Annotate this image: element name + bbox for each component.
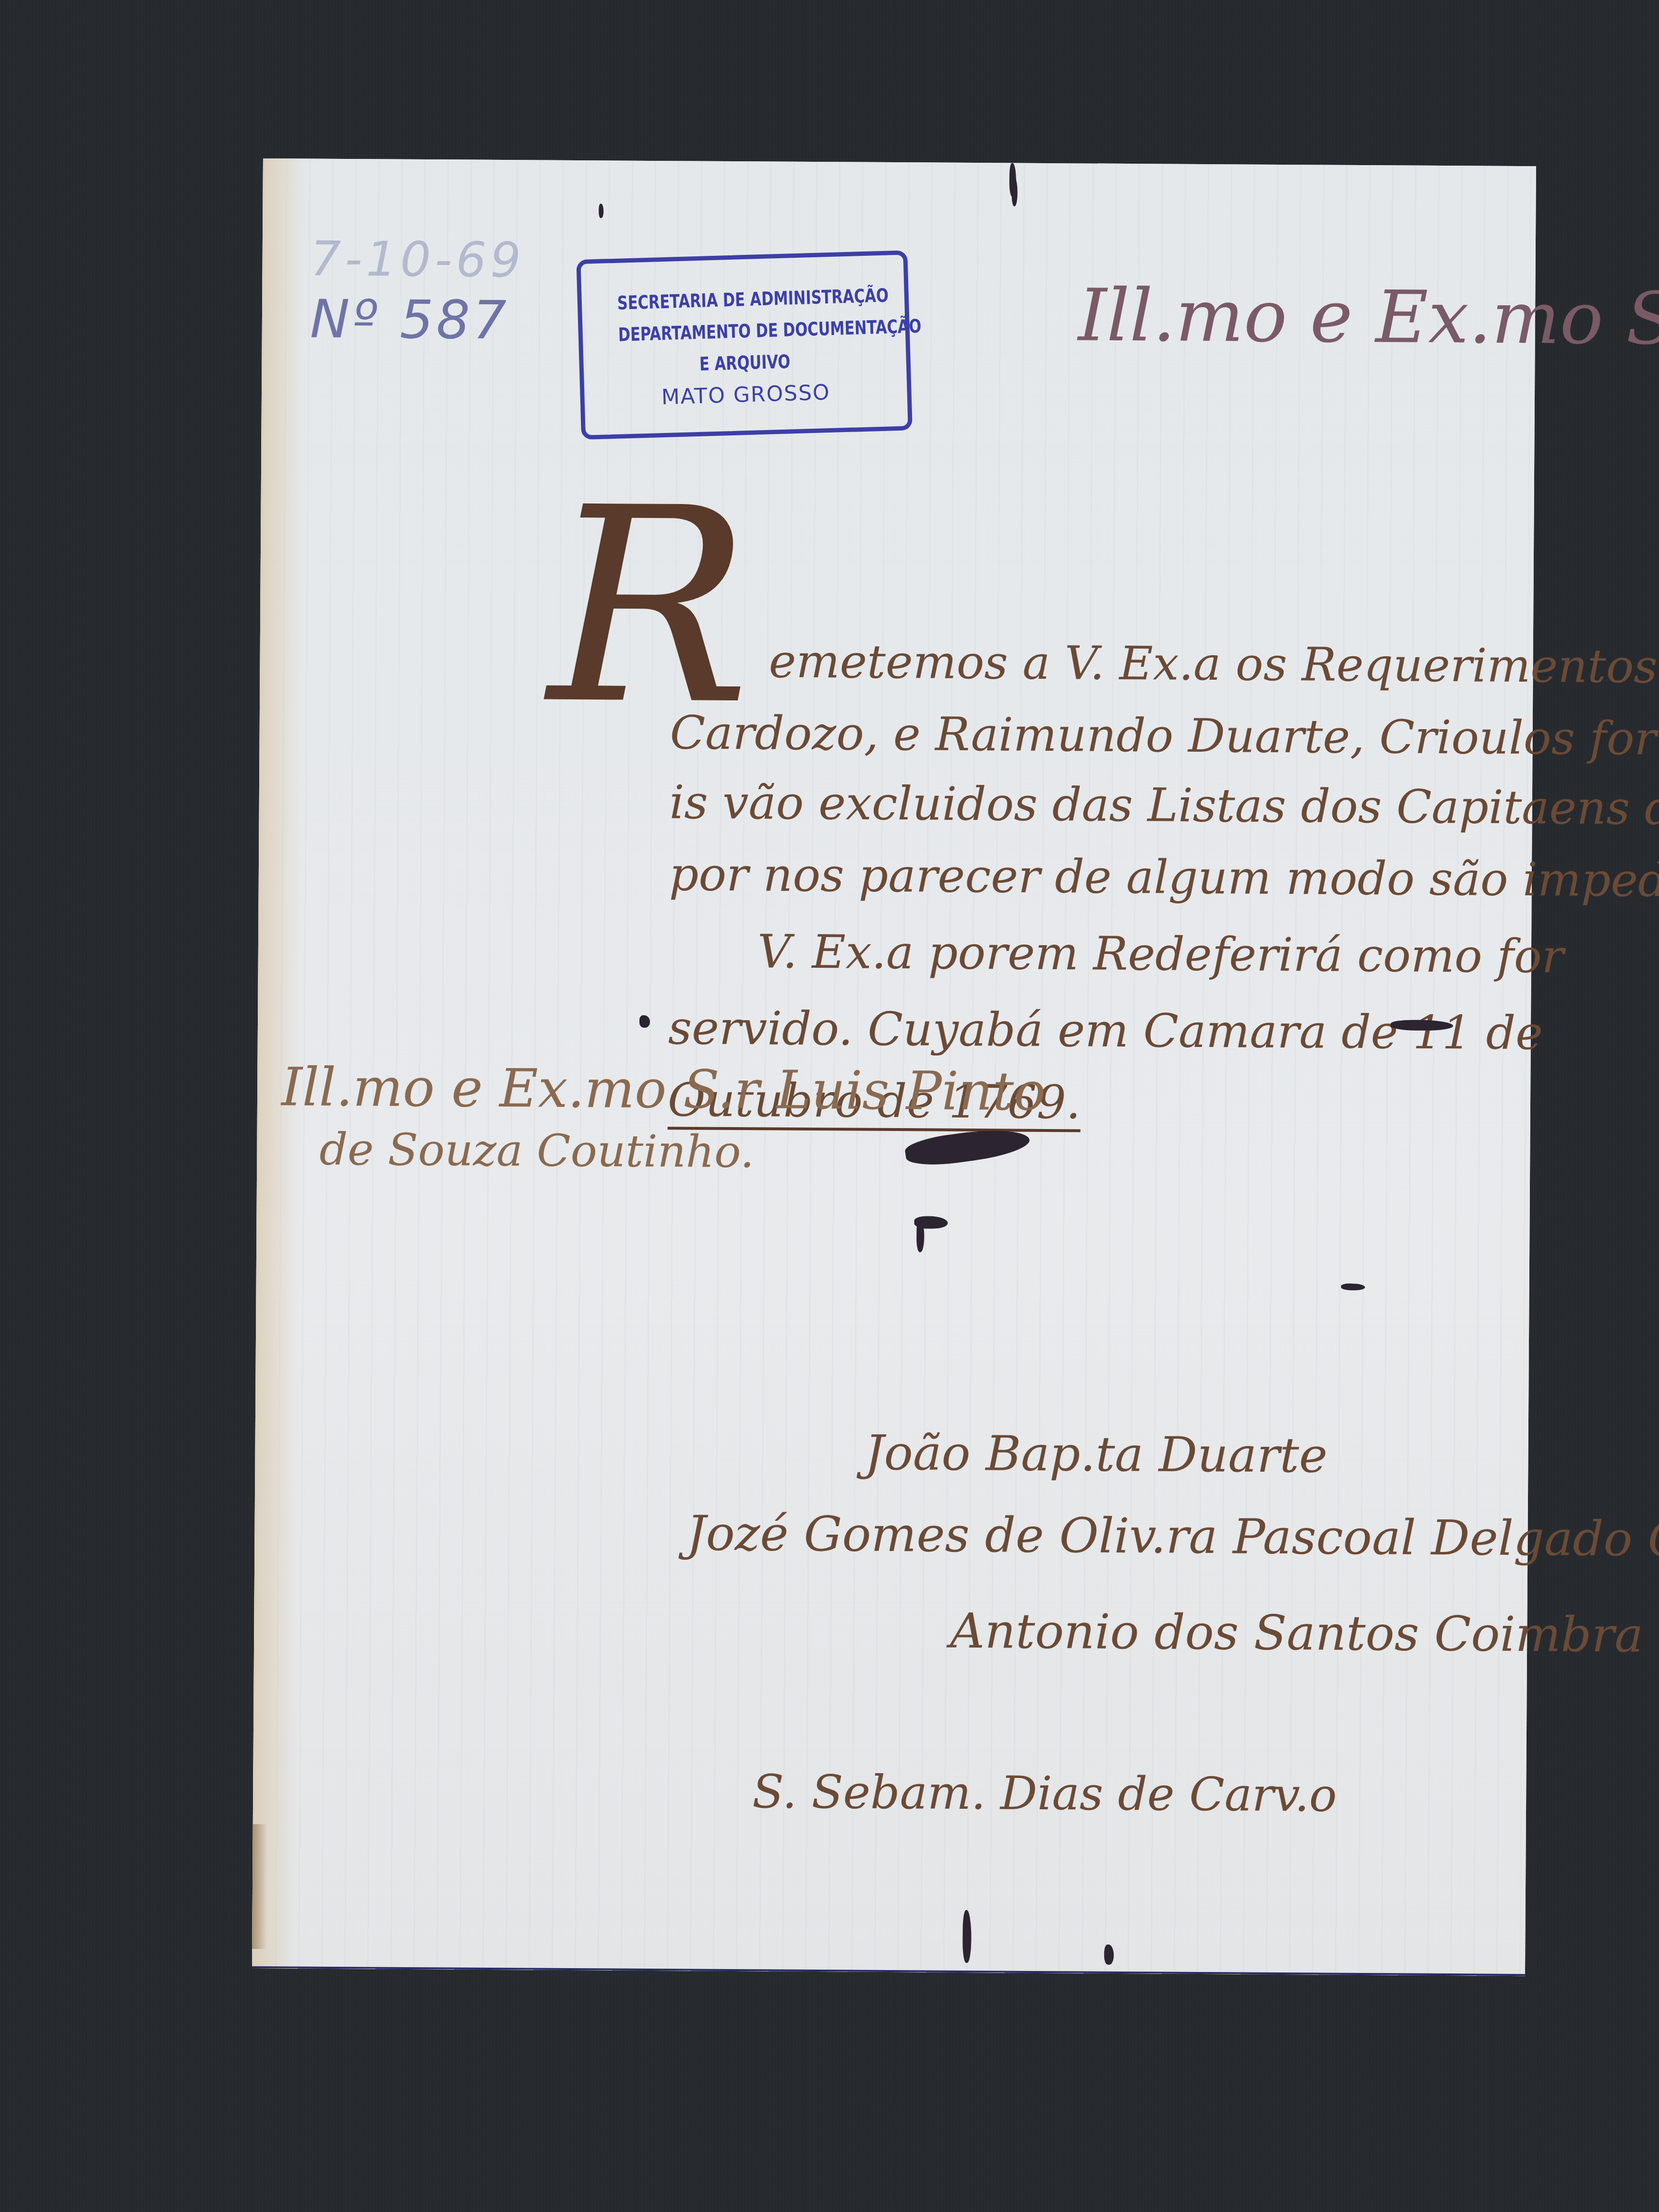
ink-blot: [1011, 178, 1017, 206]
ink-blot: [962, 1910, 972, 1963]
ink-blot: [1391, 1020, 1453, 1031]
salutation: Ill.mo e Ex.mo S.or: [1078, 274, 1659, 361]
archive-stamp: SECRETARIA DE ADMINISTRAÇÃO DEPARTAMENTO…: [576, 250, 913, 440]
ink-blot: [1104, 1945, 1114, 1965]
signature-2: Jozé Gomes de Oliv.ra Pascoal Delgado Go…: [686, 1505, 1659, 1568]
ink-blot: [639, 1015, 650, 1028]
signature-1: João Bap.ta Duarte: [865, 1425, 1327, 1484]
body-line-6: servido. Cuyabá em Camara de 11 de: [668, 1001, 1543, 1060]
addressee-line-1: Ill.mo e Ex.mo S.r Luis Pinto: [281, 1056, 1046, 1122]
body-line-4: por nos parecer de algum modo são impedi…: [669, 847, 1659, 908]
body-line-5: V. Ex.a porem Redeferirá como for: [757, 925, 1564, 983]
pencil-date-annotation: 7-10-69: [310, 231, 525, 289]
body-line-3: is vão excluidos das Listas dos Capitaen…: [669, 775, 1659, 836]
signature-3: Antonio dos Santos Coimbra: [950, 1603, 1643, 1663]
document-page: 7-10-69 Nº 587 SECRETARIA DE ADMINISTRAÇ…: [252, 158, 1536, 1976]
initial-letter: R: [548, 472, 752, 743]
body-line-1: emetemos a V. Ex.a os Requerimentos de P…: [769, 634, 1659, 695]
ink-blot: [599, 204, 603, 218]
ink-blot: [1341, 1284, 1365, 1290]
signature-4: S. Sebam. Dias de Carv.o: [752, 1765, 1337, 1822]
addressee-line-2: de Souza Coutinho.: [319, 1124, 754, 1178]
body-line-2: Cardozo, e Raimundo Duarte, Crioulos for…: [670, 706, 1659, 767]
pencil-number-annotation: Nº 587: [310, 289, 510, 351]
